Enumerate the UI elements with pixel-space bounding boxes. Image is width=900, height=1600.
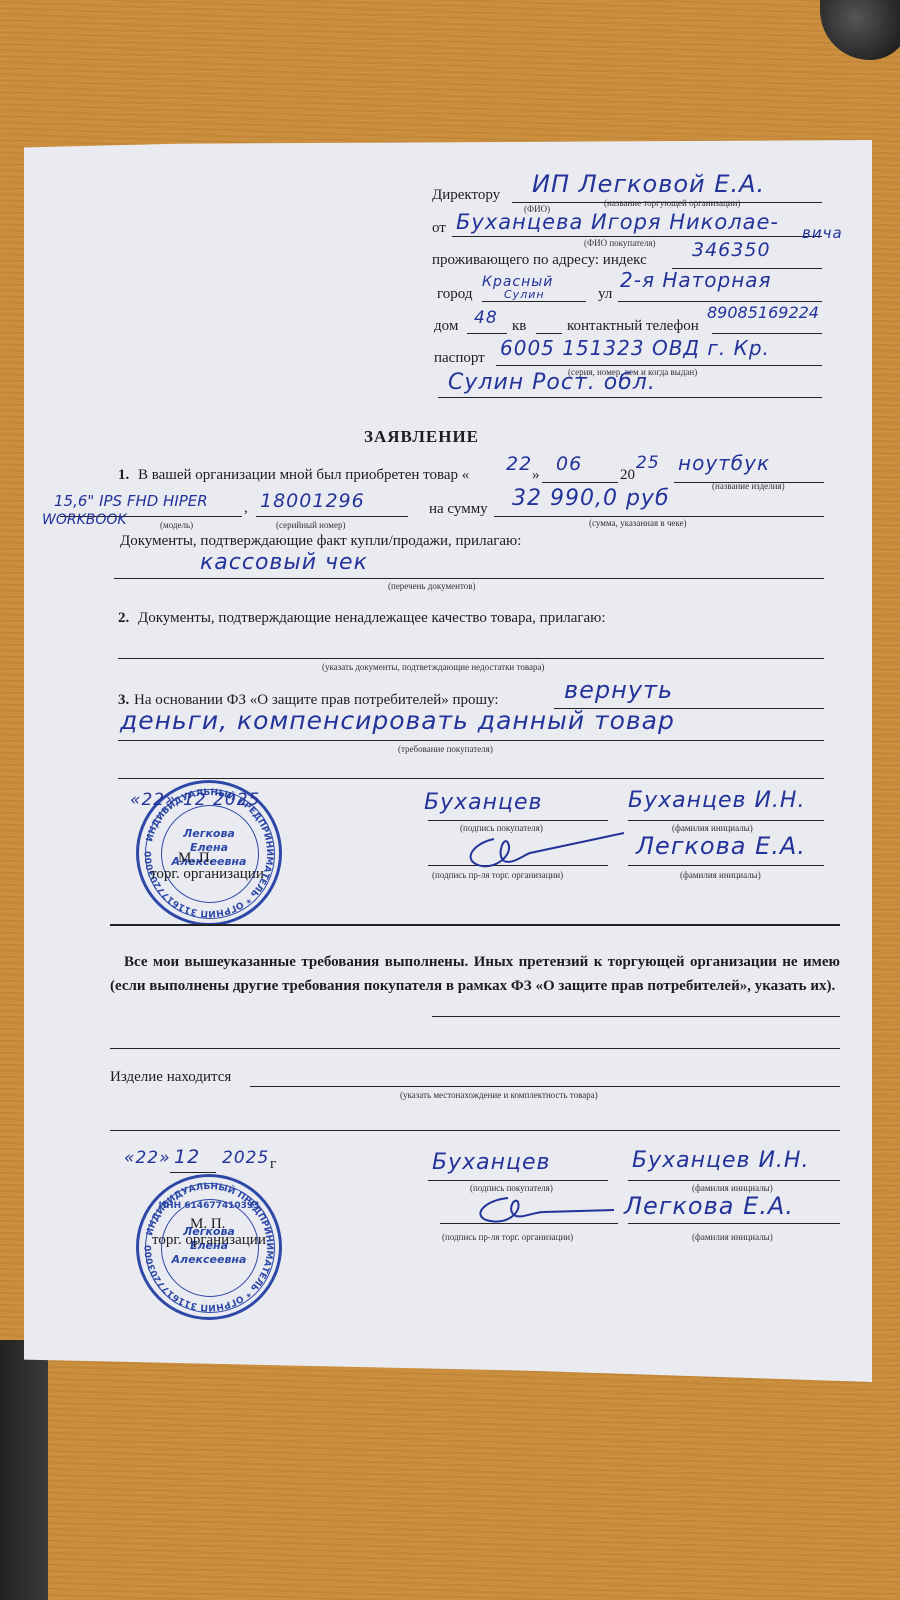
sign2-date-year: 2025 [222, 1148, 269, 1168]
docs-hint: (перечень документов) [388, 581, 476, 591]
sign2-buyer-name-line [628, 1180, 840, 1181]
city-value-cont: Сулин [504, 288, 545, 301]
street-value: 2-я Наторная [620, 268, 772, 292]
sign1-buyer-name-line [628, 820, 824, 821]
item3-line-3 [118, 778, 824, 779]
item3-value: вернуть [564, 676, 673, 704]
location-label: Изделие находится [110, 1069, 231, 1086]
sign1-seller-signature [454, 825, 634, 875]
phone-value: 89085169224 [707, 303, 819, 322]
sign2-date-day: «22» [124, 1148, 171, 1168]
location-line [250, 1086, 840, 1087]
sum-line [494, 516, 824, 517]
sign2-buyer-sig-line [428, 1180, 608, 1181]
house-line [467, 333, 507, 334]
passport-label: паспорт [434, 350, 485, 367]
sum-value: 32 990,0 руб [512, 486, 670, 511]
sign2-buyer-name: Буханцев И.Н. [632, 1148, 809, 1173]
street-line [618, 301, 822, 302]
serial-hint: (серийный номер) [276, 520, 346, 530]
item1-text: В вашей организации мной был приобретен … [138, 467, 469, 484]
item3-value-cont: деньги, компенсировать данный товар [120, 706, 675, 735]
sign2-mp: М. П. [190, 1216, 225, 1233]
sign2-seller-name-line [628, 1223, 840, 1224]
sign2-month-line [170, 1172, 216, 1173]
item2-text: Документы, подтверждающие ненадлежащее к… [138, 610, 606, 627]
docs-value: кассовый чек [200, 550, 368, 575]
city-line [482, 301, 586, 302]
item2-number: 2. [118, 610, 129, 627]
purchase-month: 06 [556, 453, 582, 475]
address-label: проживающего по адресу: индекс [432, 252, 647, 269]
director-label: Директору [432, 187, 500, 204]
sign1-seller-sig-hint: (подпись пр-ля торг. организации) [432, 870, 563, 880]
phone-label: контактный телефон [567, 318, 699, 335]
director-hint-org: (название торгующей организации) [604, 198, 740, 208]
location-line-2 [110, 1130, 840, 1131]
product-hint: (название изделия) [712, 481, 785, 491]
sign1-buyer-signature: Буханцев [424, 790, 542, 815]
sign2-date-suffix: г [270, 1156, 276, 1173]
from-value-cont: вича [802, 224, 843, 242]
apt-line [536, 333, 562, 334]
purchase-year: 25 [636, 453, 660, 473]
house-value: 48 [474, 308, 498, 328]
from-line [452, 236, 822, 237]
comma: , [244, 500, 248, 517]
passport-line-2 [438, 397, 822, 398]
sum-label: на сумму [429, 501, 488, 518]
sign1-mp: М. П. [178, 850, 213, 867]
item3-line-2 [118, 740, 824, 741]
closing-paragraph: Все мои вышеуказанные требования выполне… [110, 950, 840, 998]
item1-number: 1. [118, 467, 129, 484]
docs-line [114, 578, 824, 579]
background-object [820, 0, 900, 60]
year-prefix: 20 [620, 467, 635, 484]
model-value-cont: WORKBOOK [42, 512, 127, 528]
location-hint: (указать местонахождение и комплектность… [400, 1090, 598, 1100]
passport-value: 6005 151323 ОВД г. Кр. [500, 336, 770, 360]
product-value: ноутбук [678, 451, 770, 475]
quote-close: » [532, 467, 540, 484]
item2-line [118, 658, 824, 659]
section-divider [110, 924, 840, 926]
closing-line-2 [110, 1048, 840, 1049]
passport-value-cont: Сулин Рост. обл. [448, 370, 656, 395]
month-line [542, 482, 618, 483]
apt-label: кв [512, 318, 526, 335]
sign1-org: торг. организации [150, 866, 264, 883]
docs-label: Документы, подтверждающие факт купли/про… [120, 533, 521, 550]
application-form: Директору ИП Легковой Е.А. (ФИО) (назван… [24, 140, 872, 1382]
index-value: 346350 [692, 239, 771, 261]
sign1-seller-name: Легкова Е.А. [636, 832, 806, 860]
sign2-seller-sig-hint: (подпись пр-ля торг. организации) [442, 1232, 573, 1242]
sign1-seller-name-line [628, 865, 824, 866]
item2-hint: (указать документы, подтветждающие недос… [322, 662, 544, 672]
sign2-org: торг. организации [152, 1232, 266, 1249]
closing-line-1 [432, 1016, 840, 1017]
document-title: ЗАЯВЛЕНИЕ [364, 427, 479, 447]
purchase-day: 22 [506, 453, 532, 475]
director-value: ИП Легковой Е.А. [532, 170, 765, 198]
sign1-date: «22» 12 2025 [130, 790, 260, 810]
seal-inn: ИНН 614677410393 [139, 1201, 279, 1211]
background-shadow [0, 1340, 48, 1600]
sum-hint: (сумма, указанная в чеке) [589, 518, 687, 528]
from-label: от [432, 220, 446, 237]
phone-line [712, 333, 822, 334]
serial-value: 18001296 [260, 490, 365, 512]
street-label: ул [598, 286, 612, 303]
sign2-seller-name: Легкова Е.А. [624, 1192, 794, 1220]
serial-line [256, 516, 408, 517]
item3-hint: (требование покупателя) [398, 744, 493, 754]
model-value: 15,6" IPS FHD HIPER [54, 492, 208, 510]
sign1-buyer-name: Буханцев И.Н. [628, 788, 805, 813]
sign2-seller-signature [464, 1188, 624, 1228]
city-label: город [437, 286, 472, 303]
seal-name-3b: Алексеевна [139, 1253, 279, 1266]
seal-name-1: Легкова [139, 827, 279, 840]
house-label: дом [434, 318, 458, 335]
sign2-seller-name-hint: (фамилия инициалы) [692, 1232, 773, 1242]
passport-line [496, 365, 822, 366]
sign2-date-month: 12 [174, 1146, 200, 1168]
sign2-buyer-signature: Буханцев [432, 1150, 550, 1175]
from-hint: (ФИО покупателя) [584, 238, 656, 248]
from-value: Буханцева Игоря Николае- [456, 210, 779, 234]
sign1-buyer-sig-line [428, 820, 608, 821]
sign1-seller-name-hint: (фамилия инициалы) [680, 870, 761, 880]
model-hint: (модель) [160, 520, 193, 530]
